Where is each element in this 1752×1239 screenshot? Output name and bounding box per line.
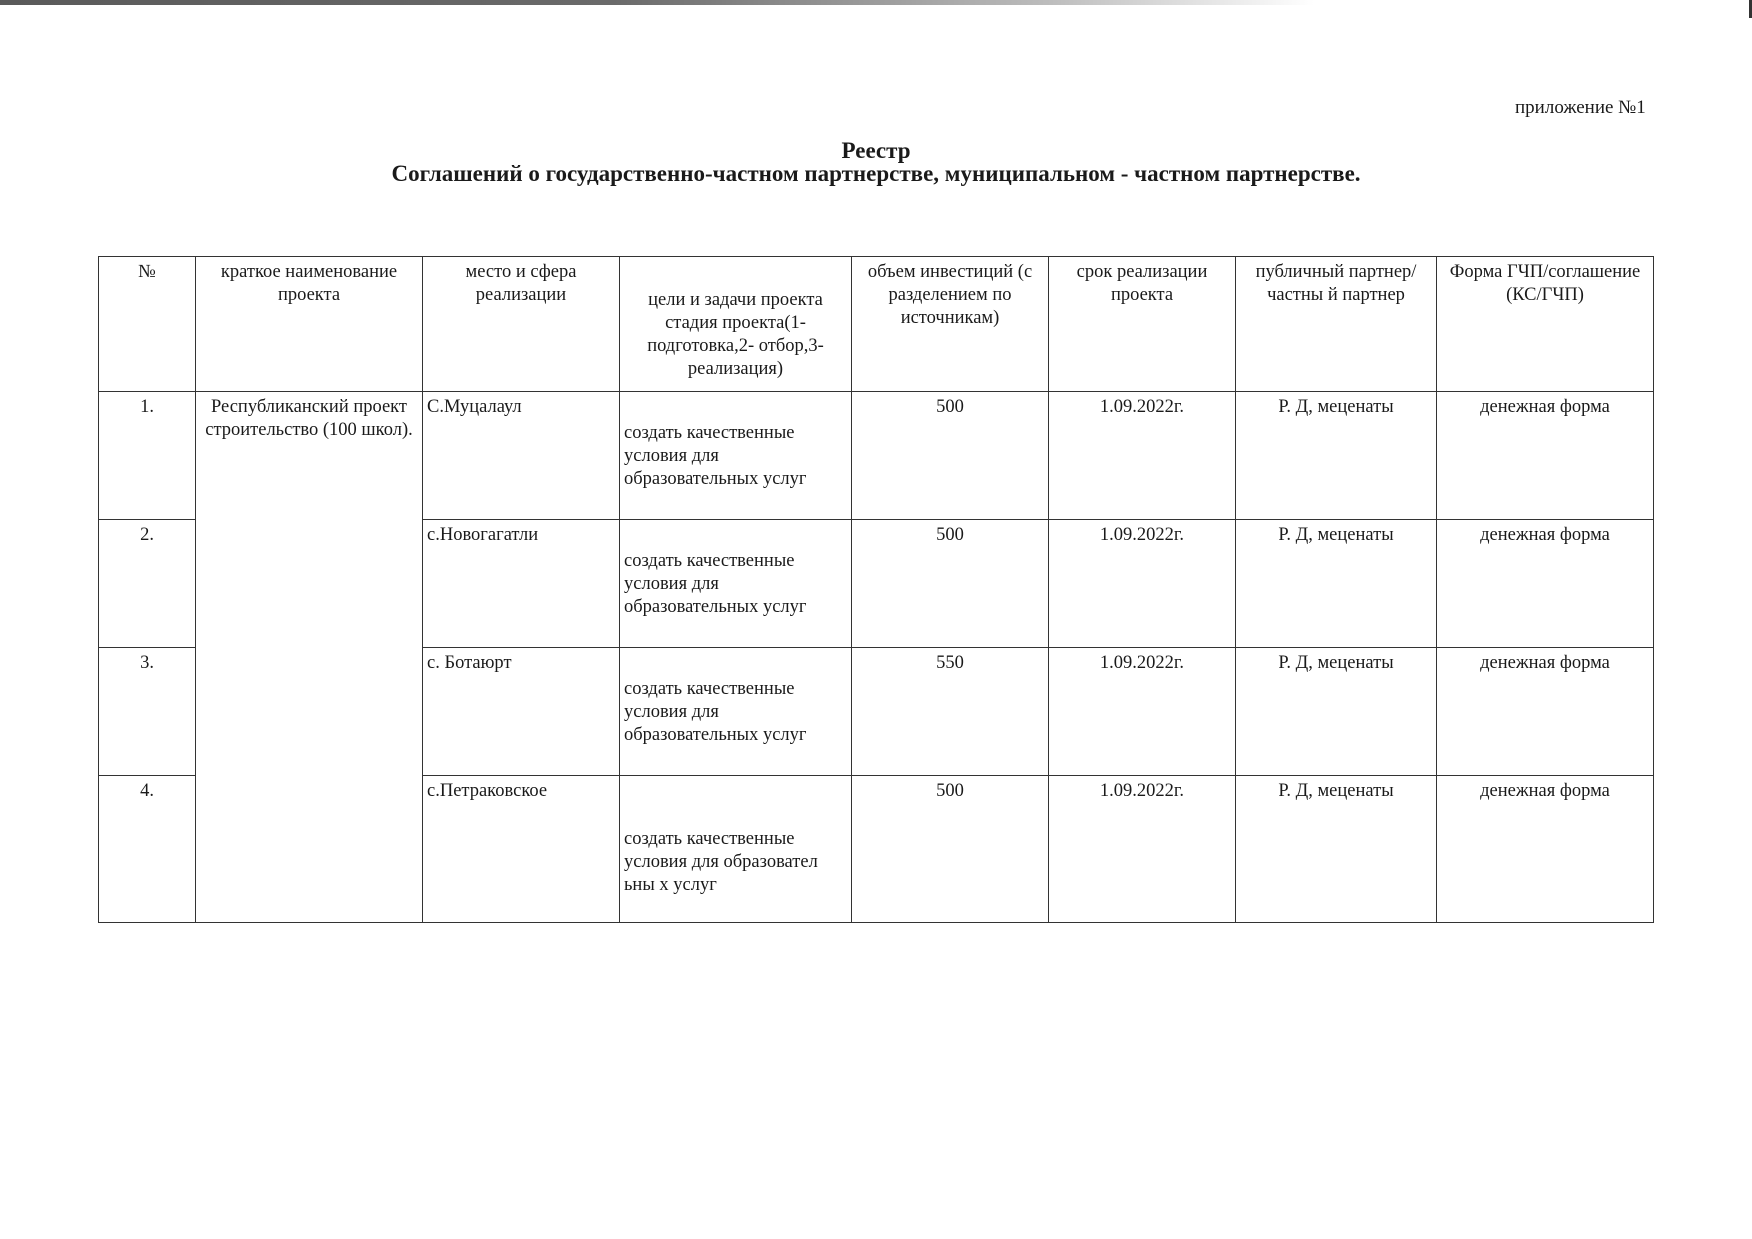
project-name: Республиканский проект строительство (10… — [196, 392, 423, 923]
row-place: с. Ботаюрт — [423, 648, 620, 776]
row-place: С.Муцалаул — [423, 392, 620, 520]
row-place: с.Новогагатли — [423, 520, 620, 648]
header-goals: цели и задачи проекта стадия проекта(1-п… — [620, 257, 852, 392]
row-goals-text: создать качественные условия для образов… — [624, 524, 847, 619]
document-subtitle: Соглашений о государственно-частном парт… — [0, 161, 1752, 187]
row-partner: Р. Д, меценаты — [1236, 648, 1437, 776]
header-investment: объем инвестиций (с разделением по источ… — [852, 257, 1049, 392]
row-form: денежная форма — [1437, 392, 1654, 520]
row-num: 3. — [99, 648, 196, 776]
row-investment: 500 — [852, 776, 1049, 923]
header-goals-text: цели и задачи проекта стадия проекта(1-п… — [624, 261, 847, 381]
row-form: денежная форма — [1437, 520, 1654, 648]
registry-table: № краткое наименование проекта место и с… — [98, 256, 1654, 923]
row-investment: 500 — [852, 520, 1049, 648]
row-goals: создать качественные условия для образов… — [620, 520, 852, 648]
row-term: 1.09.2022г. — [1049, 520, 1236, 648]
scan-edge-shadow — [0, 0, 1752, 5]
row-goals-text: создать качественные условия для образов… — [624, 780, 847, 897]
row-term: 1.09.2022г. — [1049, 776, 1236, 923]
row-form: денежная форма — [1437, 776, 1654, 923]
row-num: 4. — [99, 776, 196, 923]
row-goals: создать качественные условия для образов… — [620, 776, 852, 923]
row-partner: Р. Д, меценаты — [1236, 520, 1437, 648]
header-form: Форма ГЧП/соглашение (КС/ГЧП) — [1437, 257, 1654, 392]
table-row: 1. Республиканский проект строительство … — [99, 392, 1654, 520]
row-term: 1.09.2022г. — [1049, 648, 1236, 776]
row-investment: 550 — [852, 648, 1049, 776]
row-goals: создать качественные условия для образов… — [620, 648, 852, 776]
header-place: место и сфера реализации — [423, 257, 620, 392]
header-partner: публичный партнер/частны й партнер — [1236, 257, 1437, 392]
row-investment: 500 — [852, 392, 1049, 520]
row-partner: Р. Д, меценаты — [1236, 776, 1437, 923]
appendix-label: приложение №1 — [1515, 97, 1646, 119]
row-goals-text: создать качественные условия для образов… — [624, 652, 847, 747]
header-num: № — [99, 257, 196, 392]
row-partner: Р. Д, меценаты — [1236, 392, 1437, 520]
row-term: 1.09.2022г. — [1049, 392, 1236, 520]
row-num: 2. — [99, 520, 196, 648]
header-name: краткое наименование проекта — [196, 257, 423, 392]
row-num: 1. — [99, 392, 196, 520]
row-place: с.Петраковское — [423, 776, 620, 923]
header-term: срок реализации проекта — [1049, 257, 1236, 392]
row-goals-text: создать качественные условия для образов… — [624, 396, 847, 491]
row-form: денежная форма — [1437, 648, 1654, 776]
row-goals: создать качественные условия для образов… — [620, 392, 852, 520]
table-header-row: № краткое наименование проекта место и с… — [99, 257, 1654, 392]
